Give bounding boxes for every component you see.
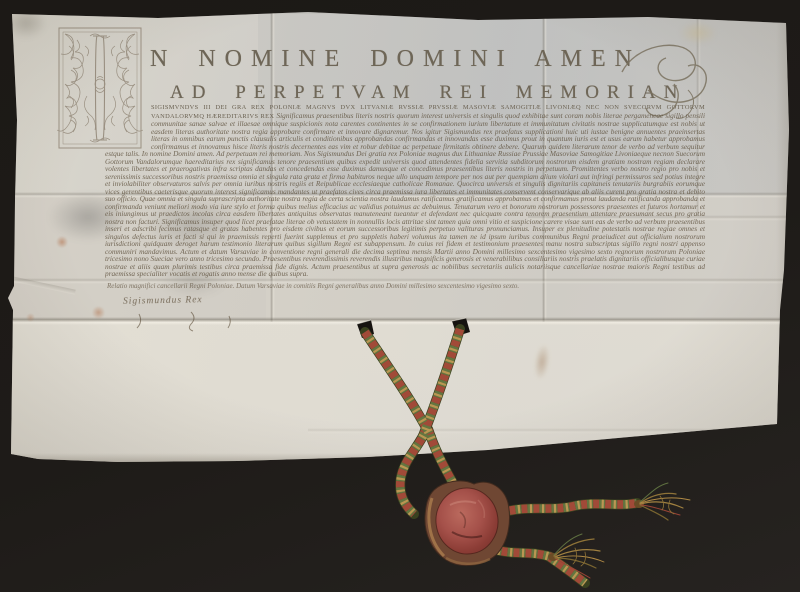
seal-and-cords-overlay <box>0 0 800 592</box>
tassel-upper <box>634 483 690 520</box>
photo-background: I N NOMINE DOMINI AMEN AD PERPETVAM REI … <box>0 0 800 592</box>
wax-seal <box>425 481 510 566</box>
